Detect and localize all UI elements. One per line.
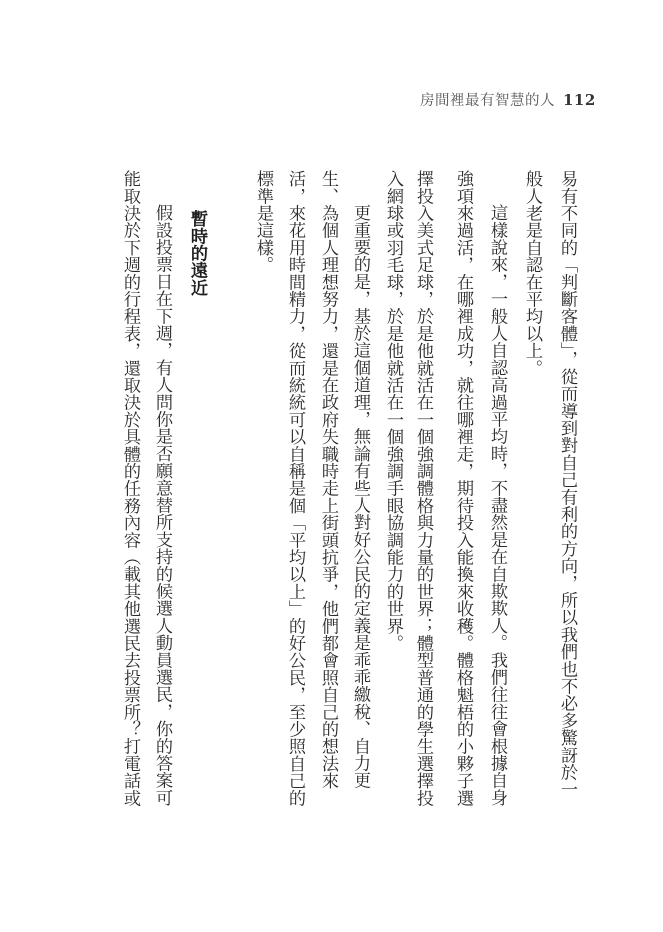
running-header: 房間裡最有智慧的人112 xyxy=(420,89,596,110)
text-column: 假設投票日在下週，有人問你是否願意替所支持的候選人動員選民，你的答案可 xyxy=(153,204,171,806)
text-column: 般人老是自認在平均以上。 xyxy=(523,170,541,376)
text-column: 擇投入美式足球，於是他就活在一個強調體格與力量的世界；體型普通的學生選擇投 xyxy=(414,170,432,806)
text-column: 這樣說來，一般人自認高過平均時，不盡然是在自欺欺人。我們往往會根據自身 xyxy=(488,204,506,806)
text-column: 入網球或羽毛球，於是他就活在一個強調手眼協調能力的世界。 xyxy=(384,170,402,652)
text-column: 生、為個人理想努力，還是在政府失職時走上街頭抗爭，他們都會照自己的想法來 xyxy=(319,170,337,789)
text-column: 易有不同的「判斷客體」，從而導到對自己有利的方向，所以我們也不必多驚訝於一 xyxy=(558,170,576,798)
text-column: 活，來花用時間精力，從而統統可以自稱是個「平均以上」的好公民，至少照自己的 xyxy=(286,170,304,806)
text-column: 標準是這樣。 xyxy=(254,170,272,273)
text-column: 能取決於下週的行程表，還取決於具體的任務內容（載其他選民去投票所？打電話或 xyxy=(121,170,139,806)
text-column: 強項來過活，在哪裡成功，就往哪裡走，期待投入能換來收穫。體格魁梧的小夥子選 xyxy=(454,170,472,806)
book-title: 房間裡最有智慧的人 xyxy=(420,93,555,109)
text-column: 更重要的是，基於這個道理，無論有些人對好公民的定義是乖乖繳稅、自力更 xyxy=(351,204,369,789)
section-heading: 暫時的遠近 xyxy=(188,210,206,296)
page-number: 112 xyxy=(563,91,596,109)
